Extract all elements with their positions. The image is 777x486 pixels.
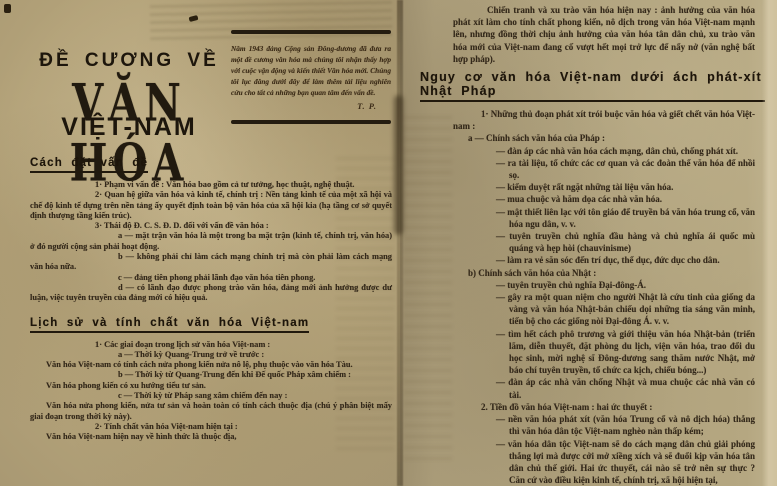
text-line: — ra tài liệu, tổ chức các cơ quan và cá… bbox=[453, 157, 755, 181]
editor-note-text: Năm 1943 đảng Cộng sản Đông-dương đã đưa… bbox=[231, 43, 391, 98]
title-line-3: VIỆT-NAM bbox=[26, 113, 232, 142]
page-gutter-shadow bbox=[394, 95, 403, 235]
intro-paragraph: Chiến tranh và xu trào văn hóa hiện nay … bbox=[453, 4, 755, 65]
text-line: Văn hóa nửa phong kiến, nửa tư sản và ho… bbox=[30, 401, 392, 422]
title-line-1: ĐỀ CƯƠNG VỀ bbox=[26, 50, 232, 72]
note-rule-bottom bbox=[231, 120, 391, 124]
document-title: ĐỀ CƯƠNG VỀ VĂN HÓA VIỆT-NAM bbox=[26, 50, 232, 142]
page-edge bbox=[762, 0, 777, 486]
text-line: 2. Tiền đồ văn hóa Việt-nam : hai ức thu… bbox=[453, 401, 755, 413]
text-line: Văn hóa Việt-nam hiện nay về hình thức l… bbox=[30, 432, 392, 442]
text-line: — nền văn hóa phát xít (văn hóa Trung cổ… bbox=[453, 413, 755, 437]
text-line: — gây ra một quan niệm cho người Nhật là… bbox=[453, 291, 755, 328]
section-heading-nguy-co: Nguy cơ văn hóa Việt-nam dưới ách phát-x… bbox=[420, 70, 765, 102]
page-gutter-shadow bbox=[397, 0, 403, 486]
text-line: — kiểm duyệt rất ngặt những tài liệu văn… bbox=[453, 181, 755, 193]
text-line: a — mặt trận văn hóa là một trong ba mặt… bbox=[30, 231, 392, 252]
ink-speck bbox=[189, 15, 199, 22]
text-line: a — Chính sách văn hóa của Pháp : bbox=[453, 132, 755, 144]
left-page: ĐỀ CƯƠNG VỀ VĂN HÓA VIỆT-NAM Năm 1943 đả… bbox=[0, 0, 400, 486]
text-line: c — đảng tiên phong phải lãnh đạo văn hó… bbox=[30, 273, 392, 283]
text-line: 2· Tính chất văn hóa Việt-nam hiện tại : bbox=[30, 422, 392, 432]
text-line: b — Thời kỳ từ Quang-Trung đến khi Đế qu… bbox=[30, 370, 392, 380]
editor-note-signature: T. P. bbox=[231, 101, 391, 111]
text-line: — tuyên truyền chủ nghĩa đầu hàng và chủ… bbox=[453, 230, 755, 254]
section-heading-cach-dat-van-de: Cách đặt vấn đề bbox=[30, 157, 148, 173]
text-line: — làm ra vẻ săn sóc đến trí dục, thể dục… bbox=[453, 254, 755, 266]
text-line: 1· Những thủ đoạn phát xít trói buộc văn… bbox=[453, 108, 755, 132]
text-line: 1· Phạm vi vấn đề : Văn hóa bao gồm cả t… bbox=[30, 180, 392, 190]
right-page-body: Chiến tranh và xu trào văn hóa hiện nay … bbox=[420, 4, 765, 486]
text-line: b) Chính sách văn hóa của Nhật : bbox=[453, 267, 755, 279]
text-line: Văn hóa Việt-nam có tính cách nửa phong … bbox=[30, 360, 392, 370]
section-heading-lich-su: Lịch sử và tính chất văn hóa Việt-nam bbox=[30, 317, 309, 333]
text-line: 2· Quan hệ giữa văn hóa và kinh tế, chín… bbox=[30, 190, 392, 221]
left-page-body: Cách đặt vấn đề 1· Phạm vi vấn đề : Văn … bbox=[30, 153, 392, 443]
editor-note: Năm 1943 đảng Cộng sản Đông-dương đã đưa… bbox=[231, 30, 391, 124]
text-line: c — Thời kỳ từ Pháp sang xâm chiếm đến n… bbox=[30, 391, 392, 401]
text-line: — tìm hết cách phô trương và giới thiệu … bbox=[453, 328, 755, 377]
text-line: 3· Thái độ Đ. C. S. Đ. D. đối với vấn đề… bbox=[30, 221, 392, 231]
note-rule-top bbox=[231, 30, 391, 34]
text-line: b — không phải chỉ làm cách mạng chính t… bbox=[30, 252, 392, 273]
text-line: — văn hóa dân tộc Việt-nam sẽ do cách mạ… bbox=[453, 438, 755, 486]
book-scan: ĐỀ CƯƠNG VỀ VĂN HÓA VIỆT-NAM Năm 1943 đả… bbox=[0, 0, 777, 486]
text-line: — tuyên truyền chủ nghĩa Đại-đông-Á. bbox=[453, 279, 755, 291]
text-line: d — có lãnh đạo được phong trào văn hóa,… bbox=[30, 283, 392, 304]
ink-speck bbox=[4, 4, 11, 13]
text-line: Văn hóa phong kiến có xu hướng tiểu tư s… bbox=[30, 381, 392, 391]
text-line: — đàn áp các nhà văn chống Nhật và mua c… bbox=[453, 376, 755, 400]
text-line: — mật thiết liên lạc với tôn giáo để tru… bbox=[453, 206, 755, 230]
text-line: 1· Các giai đoạn trong lịch sử văn hóa V… bbox=[30, 340, 392, 350]
text-line: a — Thời kỳ Quang-Trung trở về trước : bbox=[30, 350, 392, 360]
right-page: Chiến tranh và xu trào văn hóa hiện nay … bbox=[400, 0, 777, 486]
text-line: — đàn áp các nhà văn hóa cách mạng, dân … bbox=[453, 145, 755, 157]
text-line: — mua chuộc và hăm dọa các nhà văn hóa. bbox=[453, 193, 755, 205]
